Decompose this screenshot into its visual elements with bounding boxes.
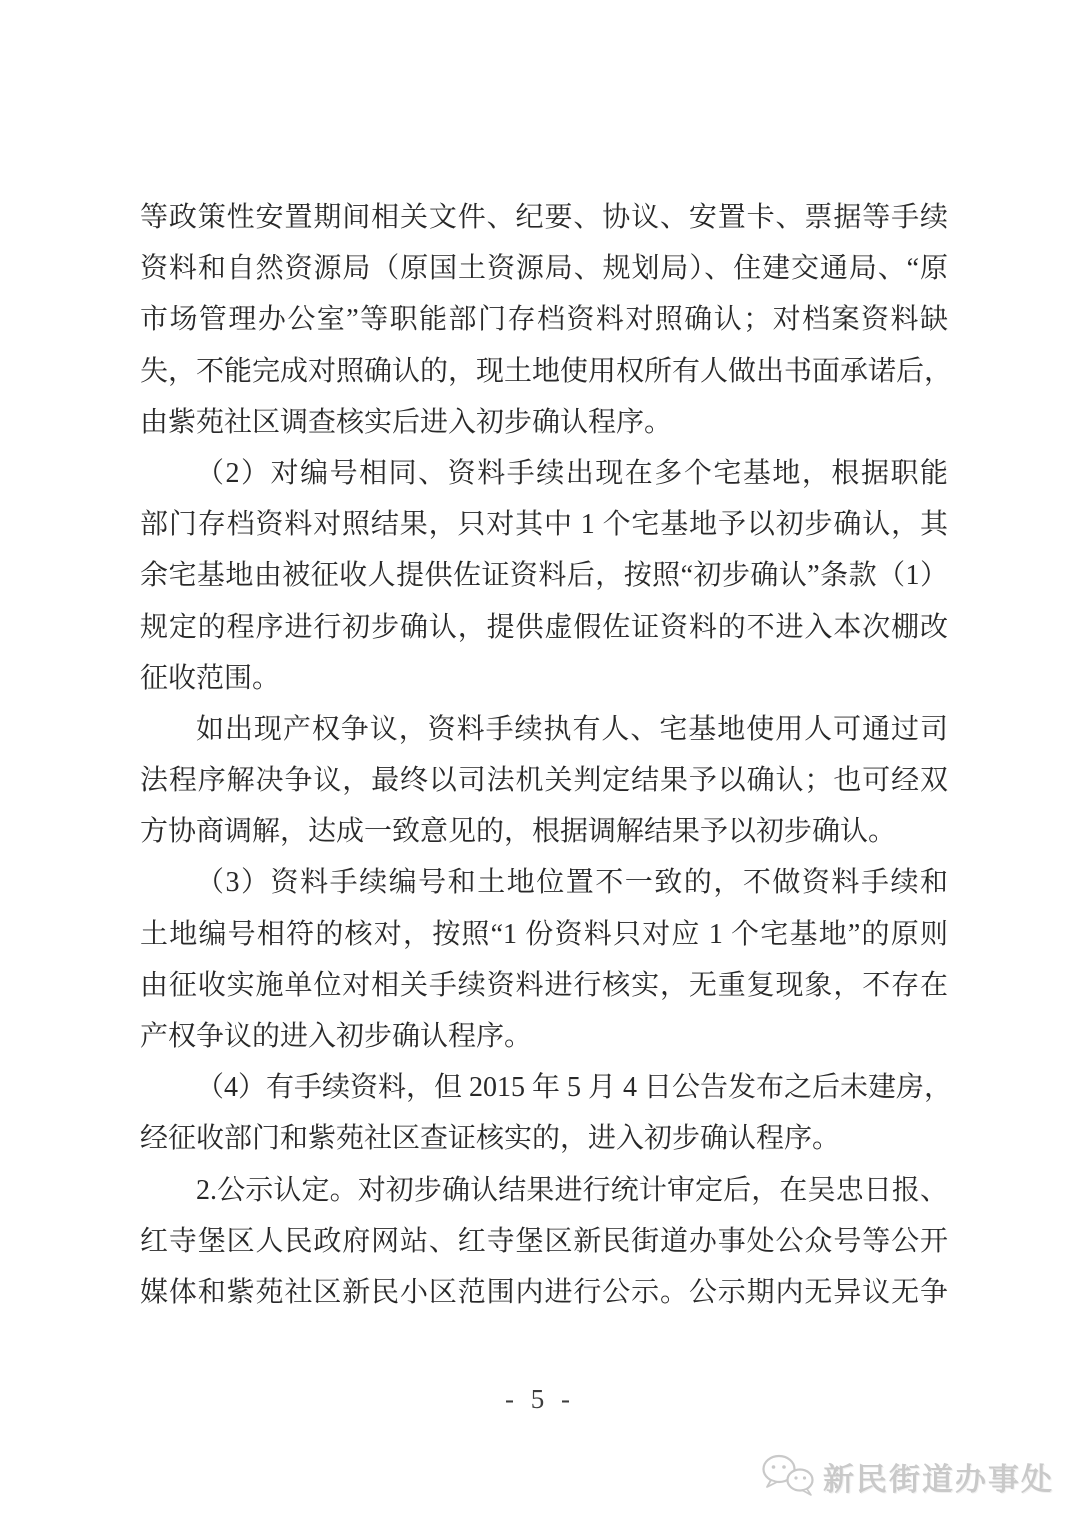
publisher-name: 新民街道办事处: [823, 1454, 1054, 1499]
document-line: 由紫苑社区调查核实后进入初步确认程序。: [140, 397, 948, 448]
page-number: - 5 -: [0, 1384, 1080, 1415]
document-line: 规定的程序进行初步确认，提供虚假佐证资料的不进入本次棚改: [140, 602, 948, 653]
document-line: 等政策性安置期间相关文件、纪要、协议、安置卡、票据等手续: [140, 192, 948, 243]
document-line: （3）资料手续编号和土地位置不一致的，不做资料手续和: [140, 857, 948, 908]
document-line: （4）有手续资料，但 2015 年 5 月 4 日公告发布之后未建房，: [140, 1062, 948, 1113]
document-line: 2.公示认定。对初步确认结果进行统计审定后，在吴忠日报、: [140, 1165, 948, 1216]
document-line: 余宅基地由被征收人提供佐证资料后，按照“初步确认”条款（1）: [140, 550, 948, 601]
document-line: 资料和自然资源局（原国土资源局、规划局）、住建交通局、“原: [140, 243, 948, 294]
document-line: 由征收实施单位对相关手续资料进行核实，无重复现象，不存在: [140, 960, 948, 1011]
document-line: 红寺堡区人民政府网站、红寺堡区新民街道办事处公众号等公开: [140, 1216, 948, 1267]
document-line: 市场管理办公室”等职能部门存档资料对照确认；对档案资料缺: [140, 294, 948, 345]
document-line: 经征收部门和紫苑社区查证核实的，进入初步确认程序。: [140, 1113, 948, 1164]
document-line: 媒体和紫苑社区新民小区范围内进行公示。公示期内无异议无争: [140, 1267, 948, 1318]
document-line: 部门存档资料对照结果，只对其中 1 个宅基地予以初步确认，其: [140, 499, 948, 550]
document-line: 如出现产权争议，资料手续执有人、宅基地使用人可通过司: [140, 704, 948, 755]
document-line: 产权争议的进入初步确认程序。: [140, 1011, 948, 1062]
document-line: （2）对编号相同、资料手续出现在多个宅基地，根据职能: [140, 448, 948, 499]
wechat-icon: [760, 1452, 818, 1500]
document-page: 等政策性安置期间相关文件、纪要、协议、安置卡、票据等手续资料和自然资源局（原国土…: [0, 0, 1080, 1527]
publisher-watermark: 新民街道办事处: [760, 1452, 1054, 1500]
document-line: 法程序解决争议，最终以司法机关判定结果予以确认；也可经双: [140, 755, 948, 806]
document-line: 土地编号相符的核对，按照“1 份资料只对应 1 个宅基地”的原则: [140, 909, 948, 960]
document-body: 等政策性安置期间相关文件、纪要、协议、安置卡、票据等手续资料和自然资源局（原国土…: [140, 192, 948, 1318]
document-line: 征收范围。: [140, 653, 948, 704]
document-line: 失，不能完成对照确认的，现土地使用权所有人做出书面承诺后，: [140, 346, 948, 397]
document-line: 方协商调解，达成一致意见的，根据调解结果予以初步确认。: [140, 806, 948, 857]
